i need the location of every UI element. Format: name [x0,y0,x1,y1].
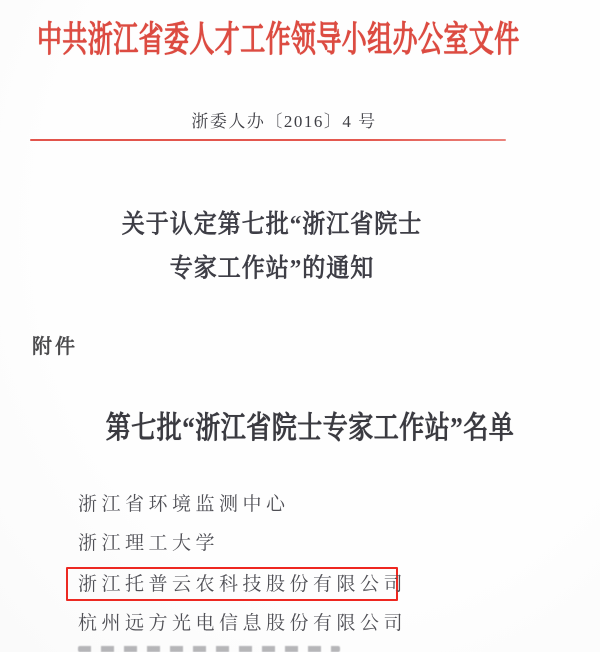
notice-title-line-1: 关于认定第七批“浙江省院士 [0,203,544,247]
letterhead-red-rule [30,139,506,141]
document-number: 浙委人办〔2016〕4 号 [0,107,568,132]
scanned-document-page: 中共浙江省委人才工作领导小组办公室文件 浙委人办〔2016〕4 号 关于认定第七… [0,0,600,652]
list-item-org: 杭州远方光电信息股份有限公司 [78,613,407,635]
cropped-next-row-hint [78,646,340,652]
list-item-org: 浙江理工大学 [78,533,219,555]
notice-title: 关于认定第七批“浙江省院士 专家工作站”的通知 [0,203,544,291]
attachment-label: 附件 [32,330,78,359]
list-item-org-highlighted: 浙江托普云农科技股份有限公司 [78,574,407,596]
letterhead-org-title: 中共浙江省委人才工作领导小组办公室文件 [37,11,521,62]
notice-title-line-2: 专家工作站”的通知 [0,247,544,291]
list-section-title: 第七批“浙江省院士专家工作站”名单 [0,404,600,448]
list-item-org: 浙江省环境监测中心 [78,494,290,516]
